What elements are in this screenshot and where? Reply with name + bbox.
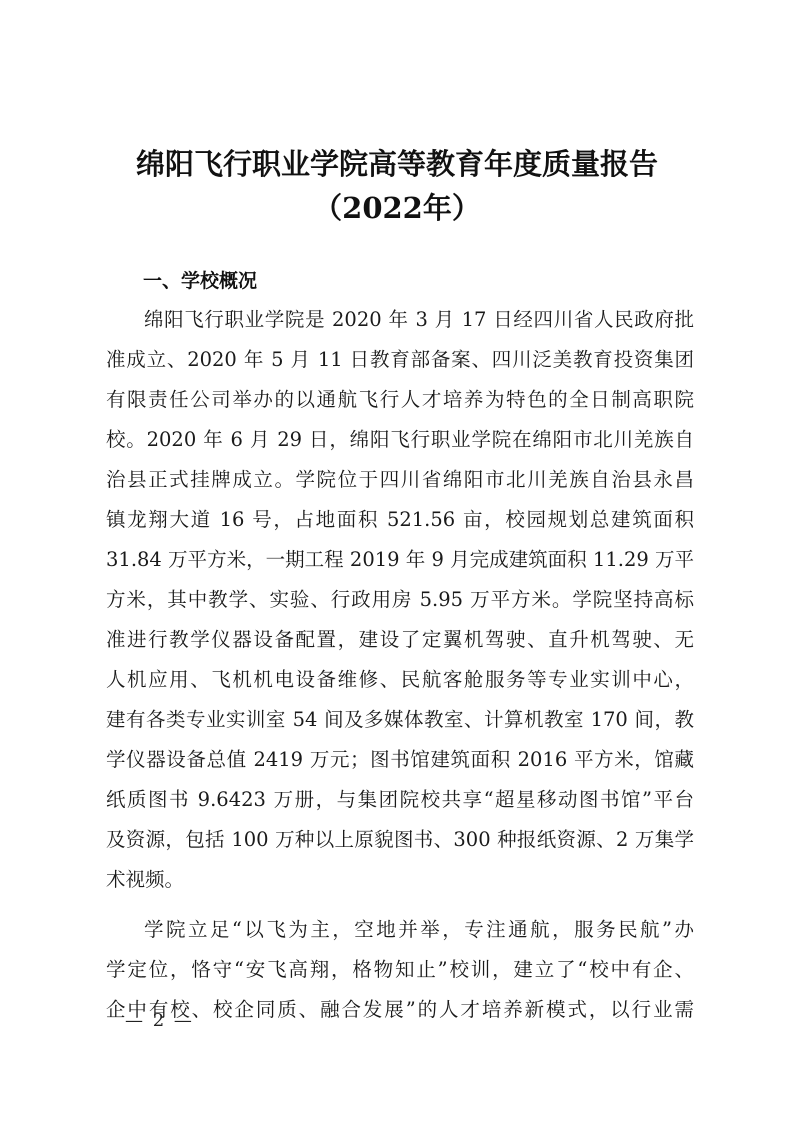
paragraph-1-line: 校。2020 年 6 月 29 日，绵阳飞行职业学院在绵阳市北川羌族自 [106, 420, 694, 460]
paragraph-1-line: 学仪器设备总值 2419 万元；图书馆建筑面积 2016 平方米，馆藏 [106, 740, 694, 780]
paragraph-1-line: 有限责任公司举办的以通航飞行人才培养为特色的全日制高职院 [106, 380, 694, 420]
paragraph-1-line: 人机应用、飞机机电设备维修、民航客舱服务等专业实训中心， [106, 660, 694, 700]
paragraph-1-line: 术视频。 [106, 860, 694, 900]
paragraph-1-line: 方米，其中教学、实验、行政用房 5.95 万平方米。学院坚持高标 [106, 580, 694, 620]
paragraph-1-line: 31.84 万平方米，一期工程 2019 年 9 月完成建筑面积 11.29 万… [106, 540, 694, 580]
paragraph-1-line: 及资源，包括 100 万种以上原貌图书、300 种报纸资源、2 万集学 [106, 820, 694, 860]
paragraph-1-line: 镇龙翔大道 16 号，占地面积 521.56 亩，校园规划总建筑面积 [106, 500, 694, 540]
paragraph-2-line: 学院立足“以飞为主，空地并举，专注通航，服务民航”办 [144, 910, 694, 950]
paragraph-1-line: 建有各类专业实训室 54 间及多媒体教室、计算机教室 170 间，教 [106, 700, 694, 740]
paragraph-2-line: 学定位，恪守“安飞高翔，格物知止”校训，建立了“校中有企、 [106, 950, 694, 990]
paragraph-2-line: 企中有校、校企同质、融合发展”的人才培养新模式，以行业需 [106, 990, 694, 1030]
document-subtitle-year: （2022年） [0, 186, 794, 227]
paragraph-1-line: 纸质图书 9.6423 万册，与集团院校共享“超星移动图书馆”平台 [106, 780, 694, 820]
document-page: 绵阳飞行职业学院高等教育年度质量报告 （2022年） 一、学校概况 绵阳飞行职业… [0, 0, 794, 1122]
paragraph-1-line: 准成立、2020 年 5 月 11 日教育部备案、四川泛美教育投资集团 [106, 340, 694, 380]
document-title: 绵阳飞行职业学院高等教育年度质量报告 [0, 142, 794, 183]
page-number: — 2 — [125, 1010, 194, 1031]
section-heading: 一、学校概况 [143, 266, 257, 293]
paragraph-1-line: 绵阳飞行职业学院是 2020 年 3 月 17 日经四川省人民政府批 [144, 300, 694, 340]
paragraph-1-line: 准进行教学仪器设备配置，建设了定翼机驾驶、直升机驾驶、无 [106, 620, 694, 660]
paragraph-1-line: 治县正式挂牌成立。学院位于四川省绵阳市北川羌族自治县永昌 [106, 460, 694, 500]
